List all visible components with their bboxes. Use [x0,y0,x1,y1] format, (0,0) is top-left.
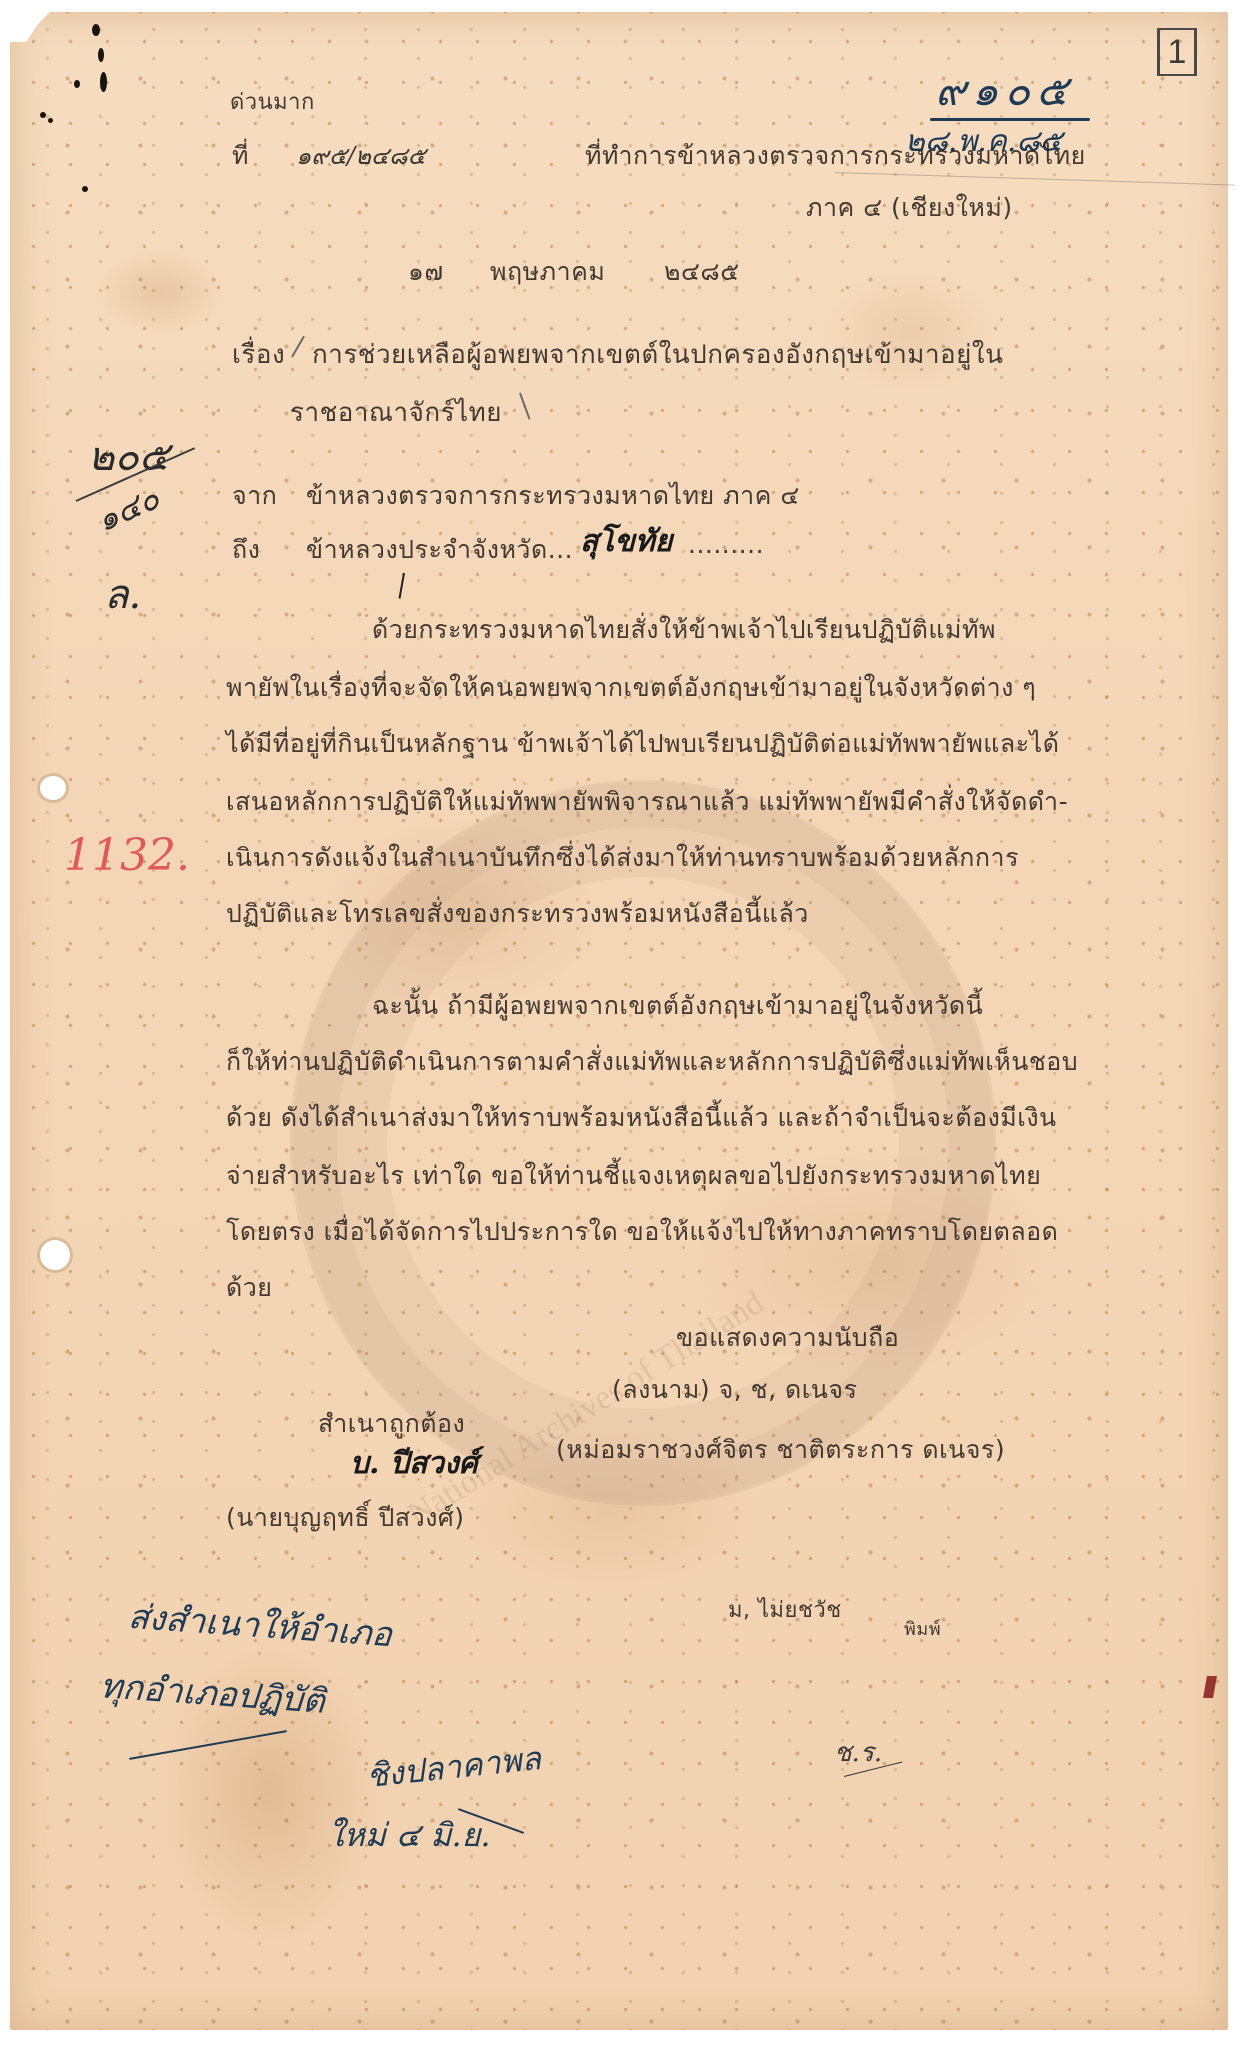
subject-line-2: ราชอาณาจักร์ไทย [290,392,502,433]
ink-spot [40,112,46,118]
punch-hole-upper [40,776,66,800]
from-label: จาก [232,476,277,516]
ink-spot [100,72,107,92]
body-p2-line-3: ด้วย ดังได้สำเนาส่งมาให้ทราบพร้อมหนังสือ… [226,1098,1057,1138]
page-number-box: 1 [1157,28,1197,76]
bottom-right-initials: ช.ร. [834,1732,882,1773]
body-p1-line-5: เนินการดังแจ้งในสำเนาบันทึกซึ่งได้ส่งมาใ… [226,838,1019,878]
handwritten-province: สุโขทัย [580,518,672,565]
signed-line: (ลงนาม) จ, ช, ดเนจร [612,1370,857,1410]
body-p2-line-1: ฉะนั้น ถ้ามีผู้อพยพจากเขตต์อังกฤษเข้ามาอ… [372,986,983,1026]
punch-hole-lower [40,1240,70,1270]
torn-corner [10,12,50,42]
body-p2-line-6: ด้วย [226,1268,272,1308]
body-p2-line-2: ก็ให้ท่านปฏิบัติดำเนินการตามคำสั่งแม่ทัพ… [226,1042,1078,1082]
closing-salutation: ขอแสดงความนับถือ [676,1318,899,1358]
certifier-signature: บ. ปีสวงศ์ [350,1440,478,1487]
body-p2-line-5: โดยตรง เมื่อได้จัดการไปประการใด ขอให้แจ้… [226,1212,1058,1252]
body-p1-line-3: ได้มีที่อยู่ที่กินเป็นหลักฐาน ข้าพเจ้าได… [226,724,1059,764]
to-value-prefix: ข้าหลวงประจำจังหวัด... [306,530,573,570]
ink-spot [74,80,80,88]
certifier-name: (นายบุญฤทธิ์ ปีสวงศ์) [226,1498,465,1538]
ink-spot [92,24,100,36]
date-month: พฤษภาคม [490,252,605,292]
handwritten-note-line-4: ใหม่ ๔ มิ.ย. [328,1810,491,1861]
ink-spot [82,186,88,192]
reference-label: ที่ [232,136,249,176]
typist-role: พิมพ์ [904,1614,941,1643]
margin-red-number: 1132. [64,830,190,881]
body-p1-line-6: ปฏิบัติและโทรเลขสั่งของกระทรวงพร้อมหนังส… [226,894,809,934]
to-label: ถึง [232,530,260,570]
reference-number: ๑๙๕/๒๔๘๕ [296,136,426,175]
certified-label: สำเนาถูกต้อง [318,1404,465,1444]
date-day: ๑๗ [408,252,444,292]
ink-spot [98,48,104,62]
ink-spot [48,118,53,123]
date-year: ๒๔๘๕ [664,252,740,292]
urgency-label: ด่วนมาก [230,84,315,119]
body-p1-line-2: พายัพในเรื่องที่จะจัดให้คนอพยพจากเขตต์อั… [226,668,1036,708]
subject-label: เรื่อง [232,334,285,375]
handwritten-receipt-number: ๙๑๐๕ [935,58,1074,124]
to-value-suffix: ......... [688,530,764,559]
office-name: ที่ทำการข้าหลวงตรวจการกระทรวงมหาดไทย [585,136,1086,176]
body-p2-line-4: จ่ายสำหรับอะไร เท่าใด ขอให้ท่านชี้แจงเหต… [226,1156,1041,1196]
typist-name: ม, ไม่ยชวัช [728,1592,842,1627]
signer-full-name: (หม่อมราชวงศ์จิตร ชาติตระการ ดเนจร) [556,1430,1005,1470]
subject-line-1: การช่วยเหลือผู้อพยพจากเขตต์ในปกครองอังกฤ… [312,334,1003,375]
office-region: ภาค ๔ (เชียงใหม่) [806,188,1013,228]
from-value: ข้าหลวงตรวจการกระทรวงมหาดไทย ภาค ๔ [306,476,800,516]
body-p1-line-4: เสนอหลักการปฏิบัติให้แม่ทัพพายัพพิจารณาแ… [226,782,1068,822]
margin-initial: ล. [104,562,141,626]
body-p1-line-1: ด้วยกระทรวงมหาดไทยสั่งให้ข้าพเจ้าไปเรียน… [372,610,996,650]
